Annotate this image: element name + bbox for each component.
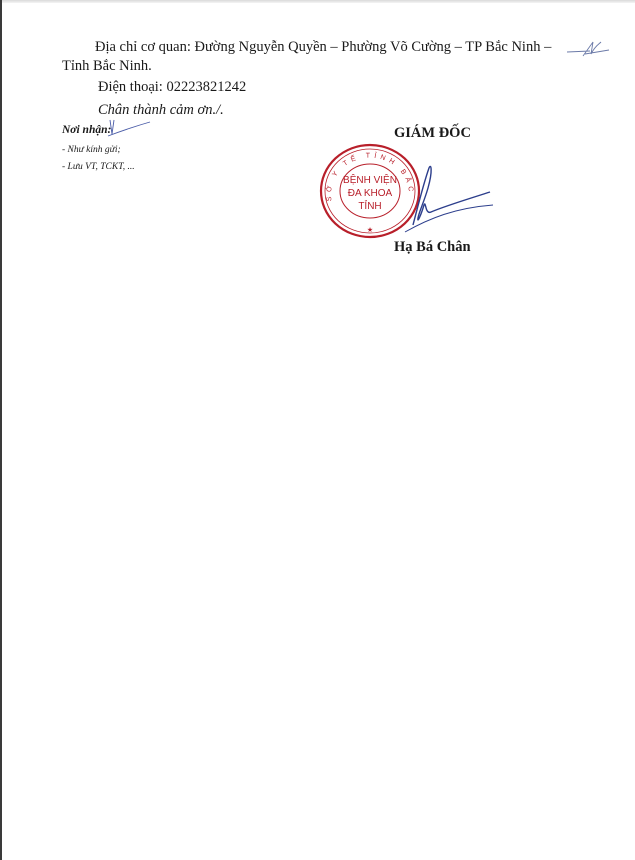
closing-line: Chân thành cảm ơn./. [98,101,224,119]
handwritten-signature-icon [395,160,495,235]
initials-mark-icon [104,118,154,140]
initials-mark-icon [565,38,610,60]
recipient-item: - Như kính gửi; [62,145,121,155]
page-left-border [0,0,2,860]
viewer-top-edge [0,0,635,3]
svg-text:★: ★ [367,226,373,234]
address-line: Địa chỉ cơ quan: Đường Nguyễn Quyền – Ph… [95,38,551,56]
recipient-item: - Lưu VT, TCKT, ... [62,162,135,172]
phone-line: Điện thoại: 02223821242 [98,78,246,96]
signatory-title: GIÁM ĐỐC [394,125,471,142]
signatory-name: Hạ Bá Chân [394,239,471,256]
address-line-continued: Tỉnh Bắc Ninh. [62,57,152,75]
